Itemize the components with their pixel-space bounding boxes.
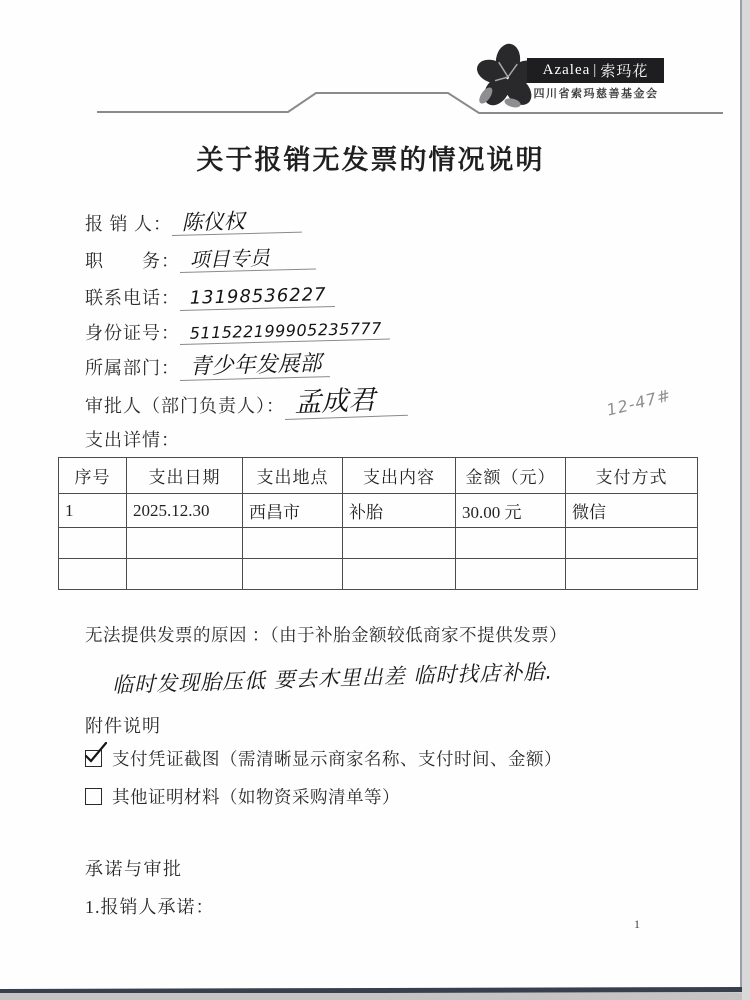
table-cell [127, 559, 243, 590]
brand-separator: | [593, 62, 597, 79]
attachment-item-label: 其他证明材料（如物资采购清单等） [112, 787, 400, 807]
field-position: 职 务：项目专员 [85, 247, 316, 273]
header-cell: 支出地点 [243, 458, 343, 494]
checkbox-unchecked [85, 788, 102, 805]
handwritten-value: 13198536227 [179, 286, 334, 311]
expense-table-header-row: 序号支出日期支出地点支出内容金额（元）支付方式 [59, 458, 698, 494]
pencil-margin-note: 12-47# [605, 385, 674, 419]
table-cell [243, 559, 343, 590]
table-cell [566, 528, 698, 559]
field-approver: 审批人（部门负责人）：孟成君 [85, 390, 408, 420]
expense-table: 序号支出日期支出地点支出内容金额（元）支付方式 12025.12.30西昌市补胎… [58, 457, 698, 590]
header-cell: 支出日期 [127, 458, 243, 494]
table-cell: 西昌市 [243, 494, 343, 528]
table-row [59, 559, 698, 590]
table-cell [456, 559, 566, 590]
table-cell [456, 528, 566, 559]
scanned-page: Azalea|索玛花 四川省索玛慈善基金会 关于报销无发票的情况说明 报 销 人… [0, 0, 741, 990]
attachment-item-payment-proof: 支付凭证截图（需清晰显示商家名称、支付时间、金额） [85, 746, 562, 771]
no-invoice-reason-printed: 无法提供发票的原因 ：（由于补胎金额较低商家不提供发票） [85, 622, 567, 647]
table-cell [59, 528, 127, 559]
field-label: 身份证号： [85, 323, 180, 343]
claimant-promise-line: 1.报销人承诺： [85, 893, 215, 919]
handwritten-value: 青少年发展部 [179, 352, 330, 381]
field-id-number: 身份证号：511522199905235777 [85, 319, 390, 345]
table-row: 12025.12.30西昌市补胎30.00 元微信 [59, 494, 698, 528]
header-cell: 支付方式 [566, 458, 698, 494]
table-cell: 30.00 元 [456, 494, 566, 528]
brand-en: Azalea [543, 62, 591, 79]
table-cell: 微信 [566, 494, 698, 528]
field-claimant: 报 销 人：陈仪权 [85, 210, 302, 236]
field-label: 报 销 人： [85, 214, 172, 234]
field-department: 所属部门：青少年发展部 [85, 354, 330, 381]
table-cell [566, 559, 698, 590]
brand-cn: 索玛花 [600, 60, 648, 81]
table-cell [243, 528, 343, 559]
table-cell: 2025.12.30 [127, 494, 243, 528]
handwritten-value: 陈仪权 [171, 209, 302, 236]
scan-background-right [742, 0, 750, 1000]
attachment-item-other-proof: 其他证明材料（如物资采购清单等） [85, 784, 400, 809]
handwritten-value: 项目专员 [179, 246, 316, 273]
checkbox-checked [85, 750, 102, 767]
page-number: 1 [634, 917, 640, 932]
header-cell: 支出内容 [343, 458, 456, 494]
approval-section-heading: 承诺与审批 [85, 855, 183, 881]
attachments-heading: 附件说明 [85, 712, 161, 738]
table-cell [343, 528, 456, 559]
table-cell [59, 559, 127, 590]
field-phone: 联系电话：13198536227 [85, 284, 335, 311]
table-cell: 1 [59, 494, 127, 528]
handwritten-signature: 孟成君 [284, 386, 408, 421]
field-label: 所属部门： [85, 358, 180, 378]
brand-wordmark: Azalea|索玛花 [527, 58, 664, 83]
organization-name: 四川省索玛慈善基金会 [522, 85, 670, 101]
document-title: 关于报销无发票的情况说明 [0, 138, 741, 177]
scan-background-bottom [0, 993, 742, 1000]
no-invoice-reason-handwritten: 临时发现胎压低 要去木里出差 临时找店补胎. [112, 655, 583, 700]
attachment-item-label: 支付凭证截图（需清晰显示商家名称、支付时间、金额） [112, 749, 562, 769]
field-label: 职 务： [85, 251, 180, 271]
field-label: 审批人（部门负责人）： [85, 396, 285, 416]
table-cell [127, 528, 243, 559]
header-cell: 金额（元） [456, 458, 566, 494]
table-row [59, 528, 698, 559]
handwritten-value: 511522199905235777 [180, 321, 391, 345]
expense-details-label: 支出详情： [85, 426, 180, 452]
table-cell: 补胎 [343, 494, 456, 528]
table-cell [343, 559, 456, 590]
header-cell: 序号 [59, 458, 127, 494]
field-label: 联系电话： [85, 288, 180, 308]
